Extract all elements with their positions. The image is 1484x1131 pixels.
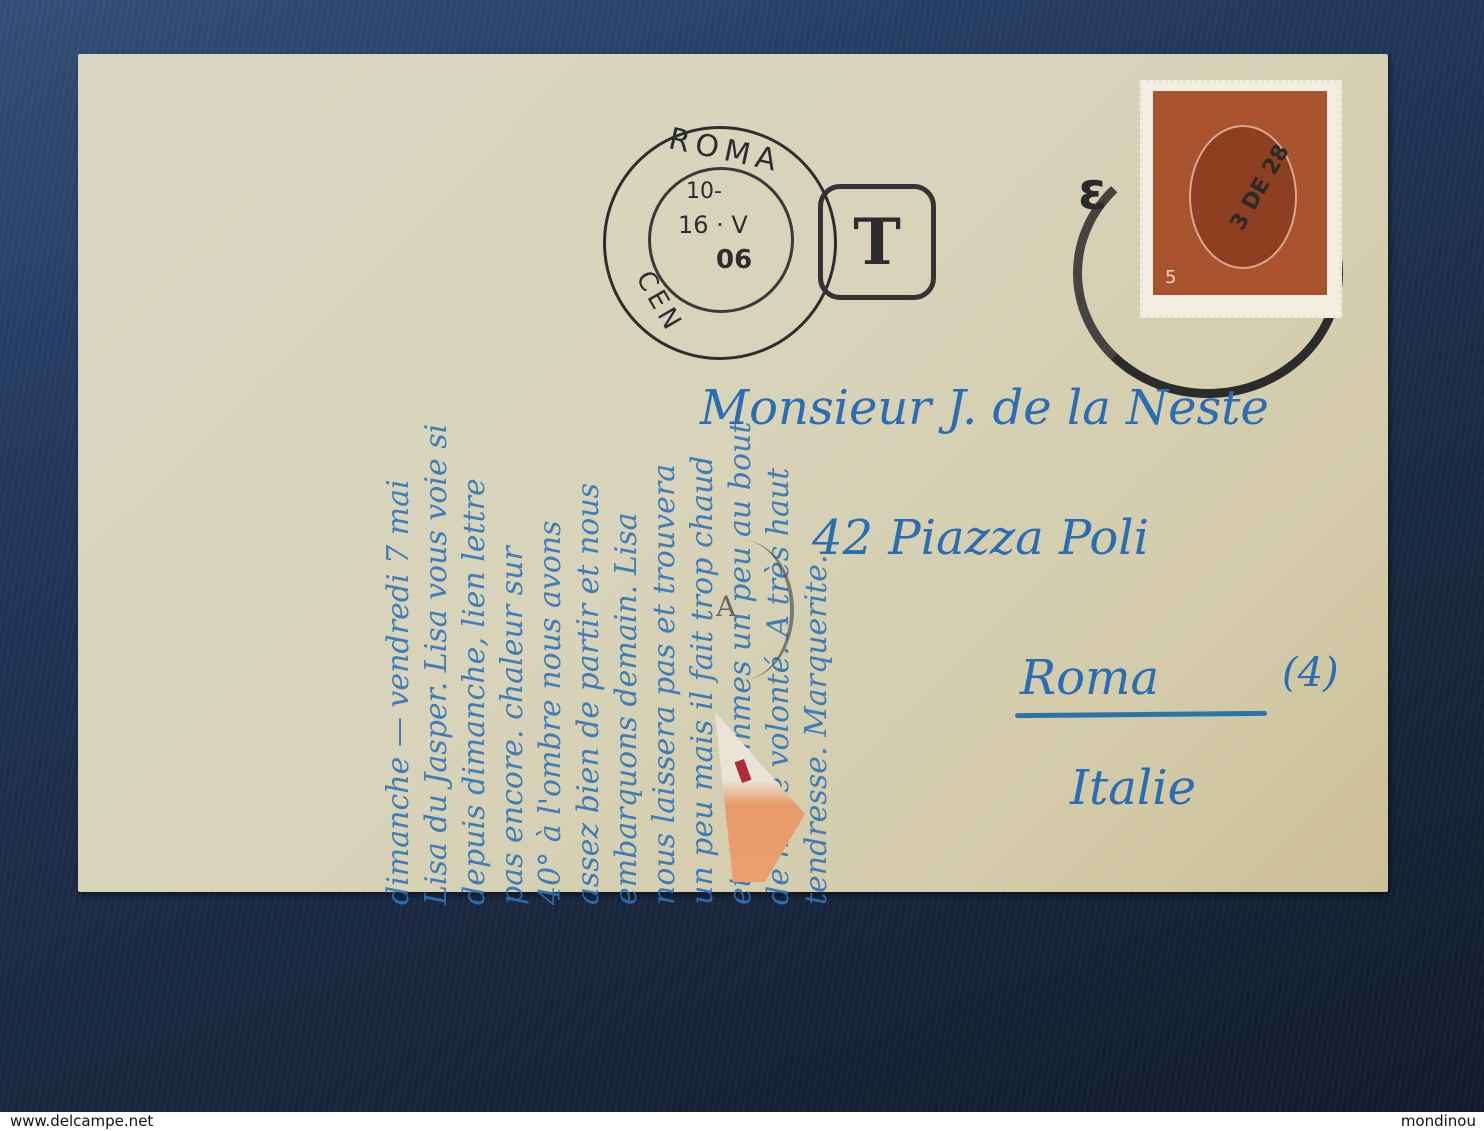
postmark-year: 06 (716, 245, 752, 275)
postmark-date: 16 · V (678, 211, 748, 239)
postage-stamp: 5 3 DE 28 (1140, 80, 1342, 318)
address-street: 42 Piazza Poli (812, 510, 1149, 566)
postmark-glyph: ε (1078, 162, 1107, 222)
watermark-seller: mondinou (1401, 1112, 1476, 1130)
address-recipient: Monsieur J. de la Neste (700, 380, 1269, 436)
partial-postmark-arc (690, 540, 794, 680)
partial-postmark-letter: A (716, 590, 736, 623)
message-line: assez bien de partir et nous (570, 85, 608, 905)
address-country: Italie (1070, 760, 1196, 816)
postmark-time: 10- (686, 179, 722, 204)
tax-mark: T (818, 184, 936, 300)
stamp-face: 5 (1153, 91, 1327, 295)
tax-letter: T (853, 205, 901, 280)
message-line: depuis dimanche, lien lettre (456, 85, 494, 905)
stamp-denomination: 5 (1165, 267, 1176, 288)
message-line: pas encore. chaleur sur (494, 85, 532, 905)
address-district: (4) (1282, 650, 1339, 696)
message-line: Lisa du Jasper. Lisa vous voie si (418, 85, 456, 905)
message-line: 40° à l'ombre nous avons (532, 85, 570, 905)
roma-postmark: ROMA CEN 10- 16 · V 06 (603, 126, 837, 360)
message-line: dimanche — vendredi 7 mai (380, 85, 418, 905)
address-city: Roma (1020, 650, 1159, 706)
watermark-site: www.delcampe.net (10, 1112, 153, 1130)
